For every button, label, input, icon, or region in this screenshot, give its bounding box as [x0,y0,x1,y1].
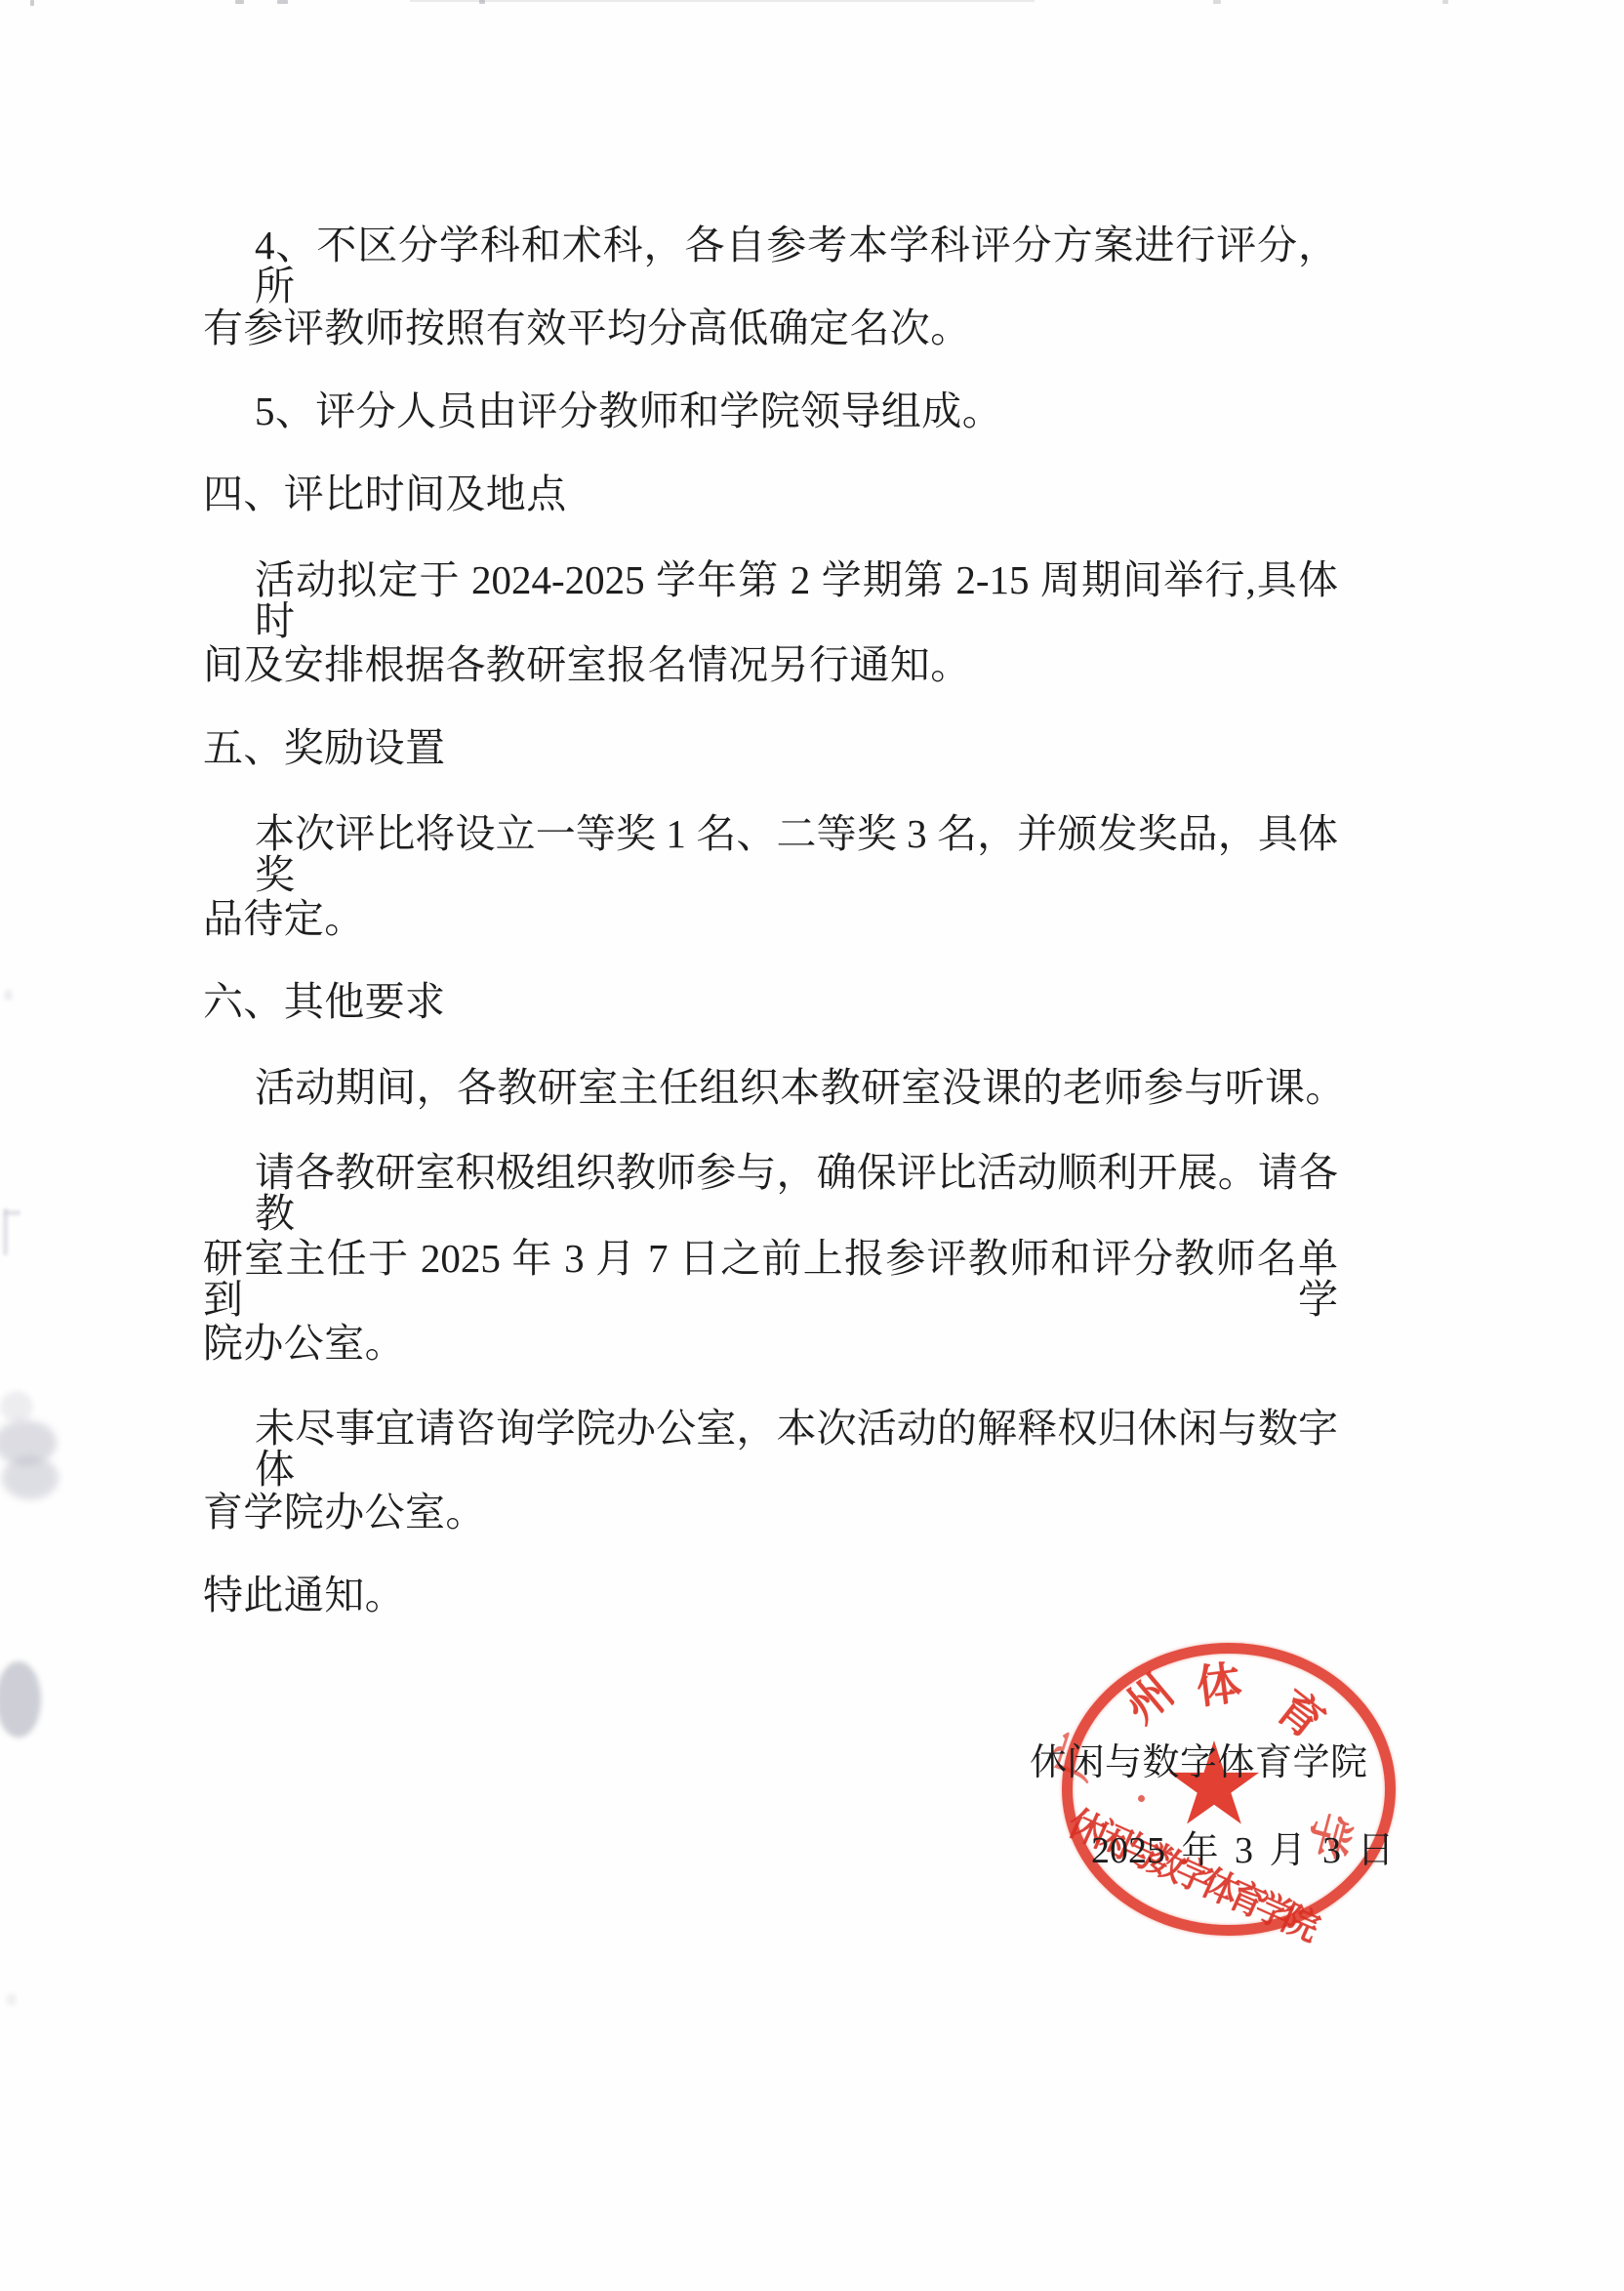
scan-speck [1442,0,1448,4]
scan-speck [30,0,34,6]
scan-smudge [0,1420,57,1465]
section-heading: 四、评比时间及地点 [203,473,567,514]
body-line: 4、不区分学科和术科，各自参考本学科评分方案进行评分，所 [255,225,1338,307]
signature-department: 休闲与数字体育学院 [1030,1743,1368,1782]
body-line: 有参评教师按照有效平均分高低确定名次。 [203,307,971,348]
scan-smudge [0,1661,41,1738]
section-heading: 六、其他要求 [203,981,445,1022]
body-line: 活动期间，各教研室主任组织本教研室没课的老师参与听课。 [255,1067,1346,1108]
scan-speck [277,0,288,4]
scan-smudge [6,1993,17,2006]
seal-arc-char: 体 [1192,1658,1246,1713]
body-line: 品待定。 [203,898,365,939]
body-line: 院办公室。 [203,1323,405,1364]
body-line: 未尽事宜请咨询学院办公室，本次活动的解释权归休闲与数字体 [255,1408,1338,1490]
scan-smudge [4,990,13,1001]
body-line: 育学院办公室。 [203,1492,486,1533]
scan-speck [235,0,244,4]
scan-smudge [5,1210,20,1215]
body-line: 请各教研室积极组织教师参与，确保评比活动顺利开展。请各教 [255,1152,1338,1234]
scan-smudge [2,1456,59,1499]
scan-speck [1213,0,1221,4]
section-heading: 五、奖励设置 [203,727,445,768]
body-line: 活动拟定于 2024-2025 学年第 2 学期第 2-15 周期间举行,具体时 [255,559,1338,641]
body-line: 5、评分人员由评分教师和学院领导组成。 [255,390,1002,431]
scan-smudge [0,1391,33,1422]
body-line: 本次评比将设立一等奖 1 名、二等奖 3 名，并颁发奖品，具体奖 [255,813,1338,895]
seal-ink-dot [1138,1795,1145,1802]
scan-smudge [3,1208,8,1255]
scanned-notice-page: 4、不区分学科和术科，各自参考本学科评分方案进行评分，所 有参评教师按照有效平均… [0,0,1624,2291]
body-line: 研室主任于 2025 年 3 月 7 日之前上报参评教师和评分教师名单到学 [203,1238,1338,1320]
official-seal: 广 州 体 育 学 休闲与数字体育学院 [1062,1643,1396,1936]
signature-date: 2025 年 3 月 3 日 [1091,1831,1395,1870]
scan-edge-line [410,0,1035,2]
scan-speck [479,0,485,4]
body-line: 特此通知。 [203,1575,405,1616]
body-line: 间及安排根据各教研室报名情况另行通知。 [203,644,971,685]
